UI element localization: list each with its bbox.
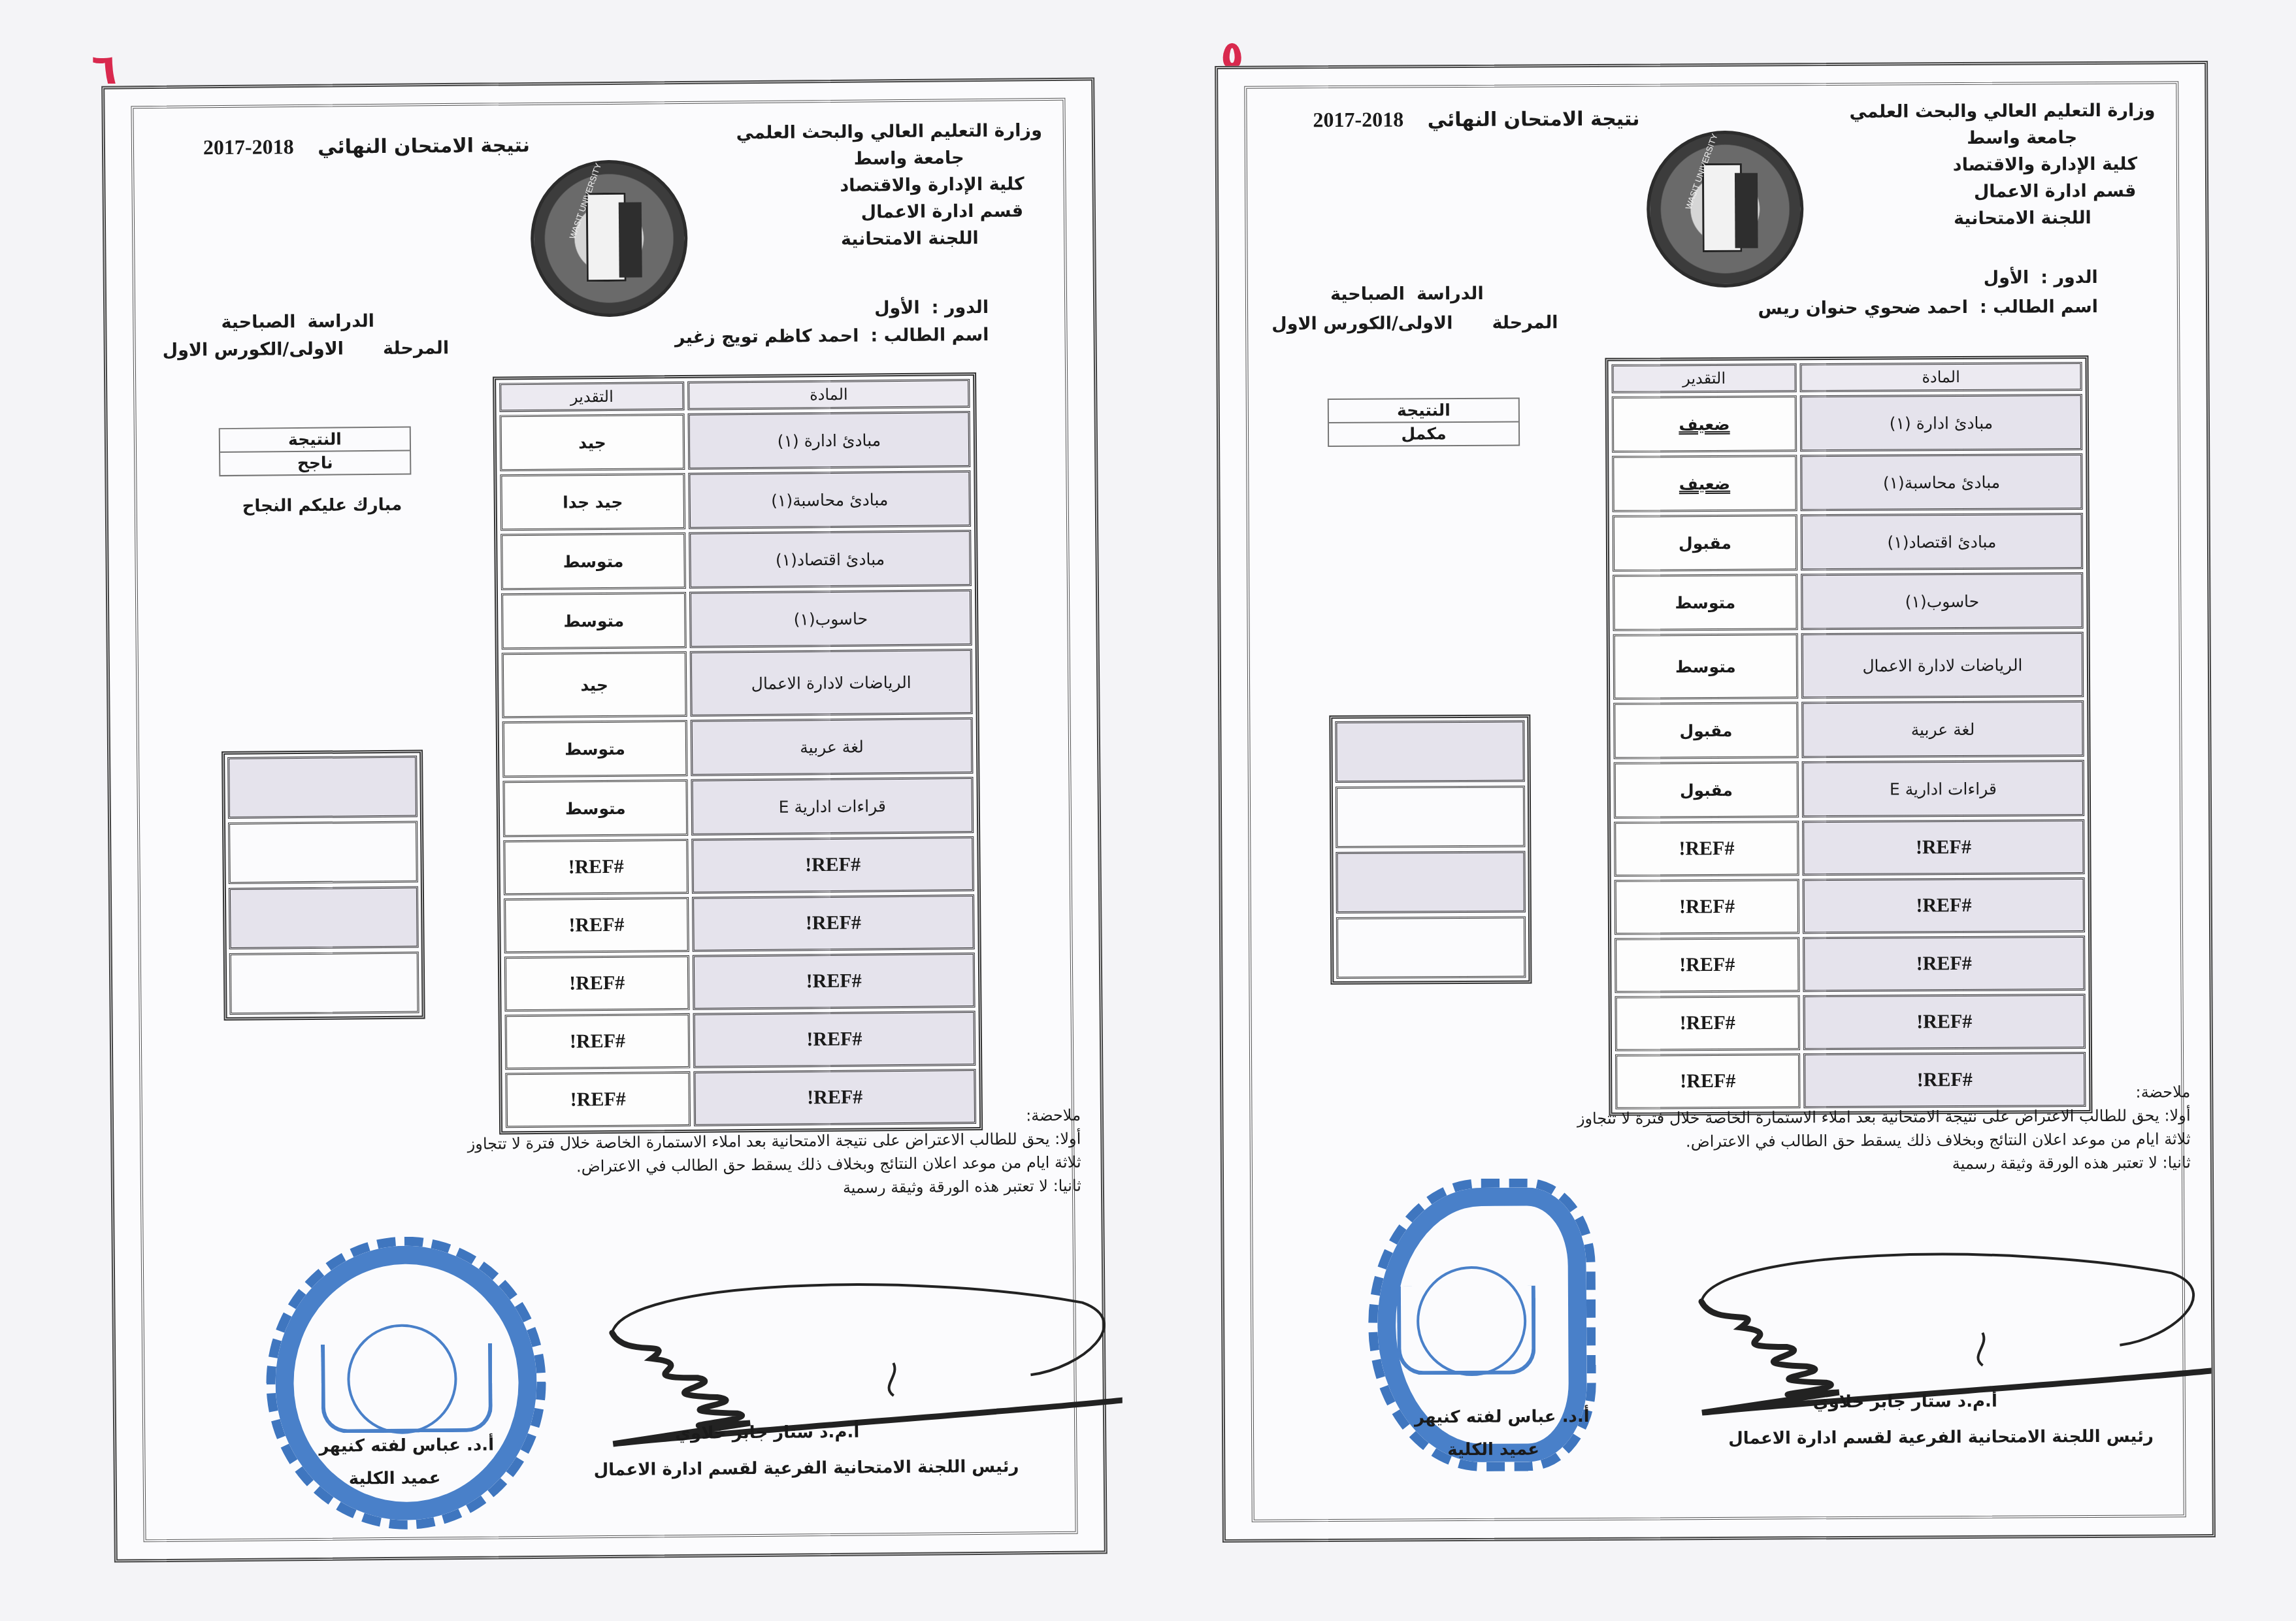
academic-year: 2018-2017 bbox=[1313, 107, 1403, 131]
student-name: احمد ضحوي حنوان ريس bbox=[1758, 297, 1968, 319]
subject-cell: الرياضات لادارة الاعمال bbox=[1801, 632, 2084, 698]
table-row: متوسطلغة عربية bbox=[502, 717, 974, 778]
committee-name: اللجنة الامتحانية bbox=[733, 224, 1047, 254]
table-row: #REF!#REF! bbox=[1615, 936, 2085, 993]
stage-line: المرحلةالاولى/الكورس الاول bbox=[163, 338, 450, 361]
round-line: الدور :الأول bbox=[874, 297, 989, 319]
subject-cell: #REF! bbox=[1802, 819, 2084, 876]
subject-column-header: المادة bbox=[1799, 362, 2082, 392]
grade-cell: ضعيف bbox=[1612, 395, 1797, 452]
committee-head-name: أ.م.د ستار جابر خلاوي bbox=[1813, 1392, 1997, 1412]
table-row: #REF!#REF! bbox=[503, 836, 974, 895]
subject-cell: #REF! bbox=[1803, 877, 2085, 934]
result-label: النتيجة bbox=[220, 428, 410, 452]
grade-cell: مقبول bbox=[1613, 702, 1798, 759]
student-label: اسم الطالب : bbox=[870, 325, 989, 346]
congratulations-text: مبارك عليكم النجاح bbox=[242, 495, 402, 516]
grade-column-header: التقدير bbox=[499, 382, 684, 412]
grade-cell: متوسط bbox=[500, 532, 686, 590]
institution-header: وزارة التعليم العالي والبحث العلمي جامعة… bbox=[1845, 97, 2159, 233]
subject-cell: #REF! bbox=[1803, 994, 2086, 1050]
logo-tower-shape-dark bbox=[619, 202, 642, 277]
result-box: النتيجة ناجح bbox=[219, 427, 412, 477]
table-row: مقبولقراءات ادارية E bbox=[1614, 760, 2084, 819]
subject-cell: مبادئ ادارة (١) bbox=[1800, 394, 2082, 451]
note-second: ثانيا: لا تعتبر هذه الورقة وثيقة رسمية bbox=[1537, 1151, 2191, 1177]
round-line: الدور :الأول bbox=[1984, 267, 2098, 288]
subject-cell: #REF! bbox=[692, 894, 975, 952]
side-grid bbox=[221, 749, 425, 1021]
grade-column-header: التقدير bbox=[1611, 363, 1796, 393]
student-line: اسم الطالب :احمد كاظم تويج زغير bbox=[675, 325, 989, 348]
table-row: متوسطحاسوب(١) bbox=[501, 589, 972, 649]
subject-cell: مبادئ اقتصاد(١) bbox=[689, 530, 972, 589]
failing-grade: ضعيف bbox=[1679, 474, 1730, 493]
round-value: الأول bbox=[874, 298, 920, 319]
grade-cell: جيد جدا bbox=[500, 473, 685, 531]
exam-title: نتيجة الامتحان النهائي 2018-2017 bbox=[203, 133, 530, 159]
grade-cell: متوسط bbox=[502, 779, 688, 837]
subject-cell: مبادئ اقتصاد(١) bbox=[1801, 513, 2083, 570]
failing-grade: ضعيف bbox=[1679, 414, 1730, 433]
dean-title: عميد الكلية bbox=[349, 1468, 441, 1488]
side-grid-cell bbox=[228, 821, 418, 884]
grades-table: التقدير المادة جيدمبادئ ادارة (١)جيد جدا… bbox=[493, 372, 983, 1134]
study-value: الصباحية bbox=[1330, 284, 1405, 304]
university-name: جامعة واسط bbox=[732, 144, 1046, 173]
department-name: قسم ادارة الاعمال bbox=[733, 197, 1047, 227]
table-row: #REF!#REF! bbox=[1615, 877, 2085, 935]
committee-head-title: رئيس اللجنة الامتحانية الفرعية لقسم ادار… bbox=[594, 1457, 1019, 1481]
round-value: الأول bbox=[1984, 267, 2029, 287]
note-first-continued: ثلاثة ايام من موعد اعلان النتائج وبخلاف … bbox=[1537, 1127, 2191, 1154]
subject-cell: قراءات ادارية E bbox=[691, 777, 974, 836]
grades-table: التقدير المادة ضعيفمبادئ ادارة (١)ضعيفمب… bbox=[1605, 355, 2092, 1116]
side-grid-cell bbox=[1336, 851, 1525, 914]
stage-line: المرحلةالاولى/الكورس الاول bbox=[1271, 312, 1558, 334]
side-grid bbox=[1329, 714, 1532, 985]
stage-label: المرحلة bbox=[383, 338, 449, 359]
committee-head-name: أ.م.د ستار جابر خلاوي bbox=[675, 1422, 859, 1443]
study-label: الدراسة bbox=[307, 311, 374, 332]
result-sheet-right: وزارة التعليم العالي والبحث العلمي جامعة… bbox=[1215, 61, 2216, 1543]
subject-cell: #REF! bbox=[1803, 936, 2085, 992]
grade-cell: #REF! bbox=[1615, 995, 1800, 1051]
dean-name: أ.د. عباس لفته كنيهر bbox=[319, 1435, 494, 1456]
subject-cell: مبادئ محاسبة(١) bbox=[1800, 453, 2082, 511]
dean-title: عميد الكلية bbox=[1447, 1439, 1539, 1460]
grade-cell: #REF! bbox=[505, 1013, 691, 1070]
table-row: #REF!#REF! bbox=[1615, 994, 2086, 1051]
result-box: النتيجة مكمل bbox=[1328, 398, 1520, 448]
logo-tower-shape-dark bbox=[1735, 173, 1758, 248]
subject-column-header: المادة bbox=[687, 379, 970, 410]
committee-name: اللجنة الامتحانية bbox=[1846, 204, 2159, 233]
department-name: قسم ادارة الاعمال bbox=[1846, 177, 2159, 206]
table-row: متوسطحاسوب(١) bbox=[1613, 572, 2083, 631]
dean-name: أ.د. عباس لفته كنيهر bbox=[1415, 1407, 1590, 1427]
result-value: ناجح bbox=[220, 450, 410, 476]
result-sheet-left: وزارة التعليم العالي والبحث العلمي جامعة… bbox=[101, 77, 1107, 1562]
subject-cell: مبادئ محاسبة(١) bbox=[688, 470, 971, 529]
table-row: #REF!#REF! bbox=[504, 894, 975, 953]
grade-cell: متوسط bbox=[1613, 633, 1799, 699]
official-stamp bbox=[1368, 1178, 1596, 1472]
result-label: النتيجة bbox=[1329, 399, 1518, 423]
table-row: #REF!#REF! bbox=[505, 1011, 976, 1070]
grade-cell: جيد bbox=[502, 651, 687, 718]
college-name: كلية الإدارة والاقتصاد bbox=[732, 171, 1046, 200]
student-line: اسم الطالب :احمد ضحوي حنوان ريس bbox=[1758, 297, 2098, 319]
subject-cell: #REF! bbox=[693, 953, 976, 1010]
side-grid-cell bbox=[227, 755, 418, 819]
subject-cell: مبادئ ادارة (١) bbox=[688, 411, 971, 470]
table-row: جيدالرياضات لادارة الاعمال bbox=[502, 649, 973, 718]
grade-cell: جيد bbox=[500, 414, 685, 471]
round-label: الدور : bbox=[932, 297, 989, 318]
grade-cell: ضعيف bbox=[1612, 455, 1797, 512]
table-row: متوسطقراءات ادارية E bbox=[502, 777, 974, 837]
study-value: الصباحية bbox=[221, 312, 295, 333]
round-label: الدور : bbox=[2041, 267, 2098, 287]
grade-cell: متوسط bbox=[502, 720, 688, 778]
table-row: متوسطالرياضات لادارة الاعمال bbox=[1613, 632, 2084, 700]
side-grid-cell bbox=[229, 886, 419, 949]
study-label: الدراسة bbox=[1417, 284, 1484, 304]
subject-cell: لغة عربية bbox=[1801, 700, 2084, 758]
table-row: جيدمبادئ ادارة (١) bbox=[500, 411, 971, 471]
committee-head-title: رئيس اللجنة الامتحانية الفرعية لقسم ادار… bbox=[1728, 1427, 2154, 1449]
subject-cell: #REF! bbox=[693, 1011, 976, 1068]
university-logo: WASIT UNIVERSITY bbox=[530, 159, 688, 318]
exam-title-text: نتيجة الامتحان النهائي bbox=[318, 134, 530, 159]
grade-cell: #REF! bbox=[1615, 937, 1799, 992]
academic-year: 2018-2017 bbox=[203, 135, 294, 159]
university-name: جامعة واسط bbox=[1846, 123, 2159, 152]
table-row: #REF!#REF! bbox=[504, 953, 976, 1011]
stage-value: الاولى/الكورس الاول bbox=[163, 338, 344, 360]
subject-cell: حاسوب(١) bbox=[689, 589, 972, 648]
stamp-book-shape bbox=[321, 1343, 493, 1433]
subject-cell: حاسوب(١) bbox=[1801, 572, 2083, 630]
university-logo: WASIT UNIVERSITY bbox=[1647, 130, 1804, 287]
table-row: ضعيفمبادئ ادارة (١) bbox=[1612, 394, 2082, 453]
student-name: احمد كاظم تويج زغير bbox=[675, 326, 859, 348]
ministry-name: وزارة التعليم العالي والبحث العلمي bbox=[1845, 97, 2159, 125]
table-row: مقبولمبادئ اقتصاد(١) bbox=[1613, 513, 2083, 572]
grade-cell: #REF! bbox=[503, 839, 689, 895]
ministry-name: وزارة التعليم العالي والبحث العلمي bbox=[732, 117, 1046, 146]
notes-section: ملاحضة: أولا: يحق للطالب الاعتراض على نت… bbox=[1537, 1080, 2191, 1177]
table-row: ضعيفمبادئ محاسبة(١) bbox=[1612, 453, 2082, 512]
side-grid-cell bbox=[1335, 721, 1524, 783]
grade-cell: #REF! bbox=[504, 955, 690, 1011]
table-row: مقبوللغة عربية bbox=[1613, 700, 2084, 759]
stamp-book-shape bbox=[1397, 1285, 1536, 1375]
subject-cell: الرياضات لادارة الاعمال bbox=[690, 649, 973, 717]
grade-cell: #REF! bbox=[1614, 821, 1799, 876]
table-row: جيد جدامبادئ محاسبة(١) bbox=[500, 470, 971, 531]
college-name: كلية الإدارة والاقتصاد bbox=[1846, 150, 2159, 179]
grade-cell: #REF! bbox=[1615, 879, 1799, 934]
grade-cell: #REF! bbox=[504, 897, 689, 953]
exam-title-text: نتيجة الامتحان النهائي bbox=[1428, 108, 1640, 132]
table-row: متوسطمبادئ اقتصاد(١) bbox=[500, 530, 972, 590]
subject-cell: #REF! bbox=[691, 836, 974, 894]
student-label: اسم الطالب : bbox=[1980, 297, 2098, 318]
side-grid-cell bbox=[229, 951, 419, 1015]
result-value: مكمل bbox=[1329, 421, 1518, 446]
exam-title: نتيجة الامتحان النهائي 2018-2017 bbox=[1313, 106, 1639, 133]
notes-section: ملاحضة: أولا: يحق للطالب الاعتراض على نت… bbox=[427, 1104, 1081, 1203]
table-row: #REF!#REF! bbox=[1614, 819, 2084, 877]
study-line: الدراسةالصباحية bbox=[221, 311, 374, 333]
grade-cell: متوسط bbox=[1613, 574, 1797, 630]
study-line: الدراسةالصباحية bbox=[1330, 284, 1484, 304]
side-grid-cell bbox=[1336, 786, 1525, 849]
stage-label: المرحلة bbox=[1492, 312, 1558, 333]
stage-value: الاولى/الكورس الاول bbox=[1271, 313, 1452, 334]
grade-cell: متوسط bbox=[501, 592, 687, 649]
grade-cell: مقبول bbox=[1613, 514, 1797, 571]
institution-header: وزارة التعليم العالي والبحث العلمي جامعة… bbox=[732, 117, 1047, 254]
side-grid-cell bbox=[1336, 917, 1526, 979]
grade-cell: مقبول bbox=[1614, 761, 1799, 818]
subject-cell: لغة عربية bbox=[691, 717, 974, 776]
subject-cell: قراءات ادارية E bbox=[1802, 760, 2084, 817]
note-first: أولا: يحق للطالب الاعتراض على نتيجة الام… bbox=[1537, 1104, 2190, 1130]
notes-heading: ملاحضة: bbox=[1537, 1080, 2190, 1107]
